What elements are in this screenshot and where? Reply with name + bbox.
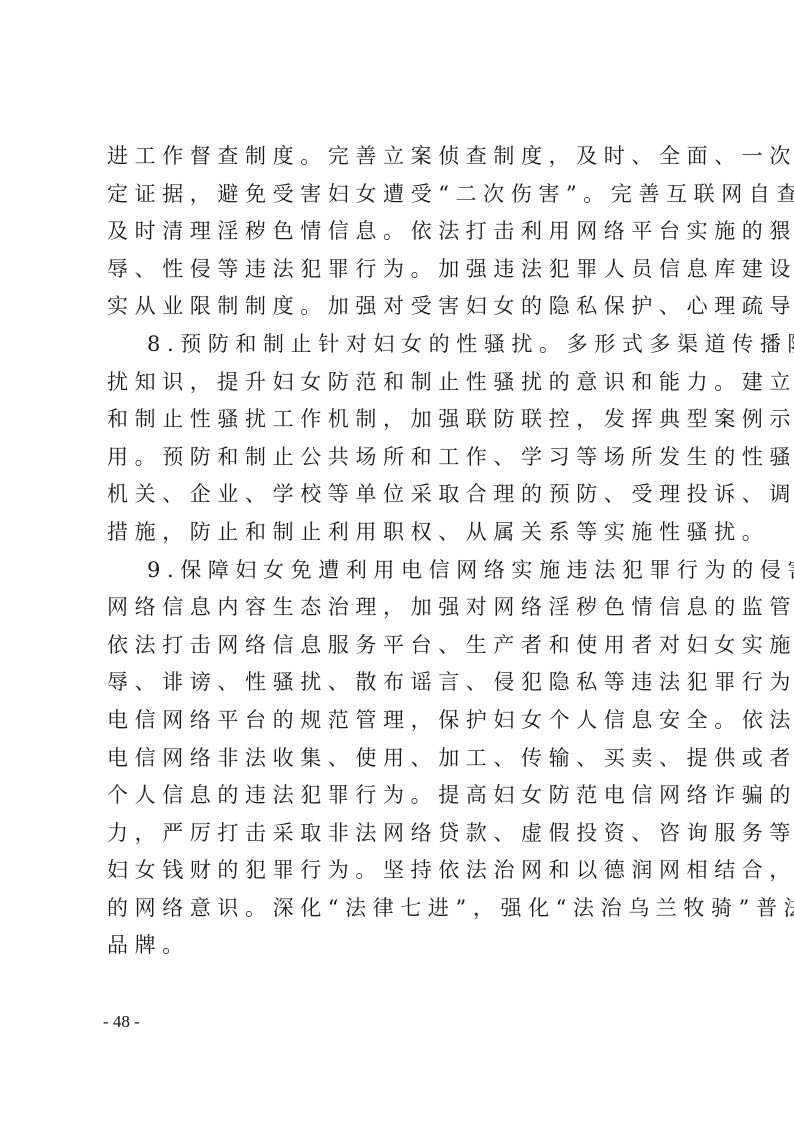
text-line: 扰知识，提升妇女防范和制止性骚扰的意识和能力。建立健全预防	[107, 364, 697, 402]
text-line: 进工作督查制度。完善立案侦查制度，及时、全面、一次性收集固	[107, 138, 697, 176]
text-line: 实从业限制制度。加强对受害妇女的隐私保护、心理疏导和干预。	[107, 288, 697, 326]
text-line: 电信网络平台的规范管理，保护妇女个人信息安全。依法惩治利用	[107, 702, 697, 740]
paragraph-9-heading-line: 9.保障妇女免遭利用电信网络实施违法犯罪行为的侵害。加强	[107, 552, 697, 590]
document-page: 进工作督查制度。完善立案侦查制度，及时、全面、一次性收集固 定证据，避免受害妇女…	[0, 0, 794, 1122]
text-line: 品牌。	[107, 927, 697, 965]
text-line: 的网络意识。深化“法律七进”，强化“法治乌兰牧骑”普法金色	[107, 890, 697, 928]
text-line: 依法打击网络信息服务平台、生产者和使用者对妇女实施猥亵、侮	[107, 627, 697, 665]
text-line: 妇女钱财的犯罪行为。坚持依法治网和以德润网相结合，培养良好	[107, 852, 697, 890]
text-line: 网络信息内容生态治理，加强对网络淫秽色情信息的监管和查处，	[107, 589, 697, 627]
text-line: 及时清理淫秽色情信息。依法打击利用网络平台实施的猥亵、侮	[107, 213, 697, 251]
text-line: 辱、性侵等违法犯罪行为。加强违法犯罪人员信息库建设，推动落	[107, 251, 697, 289]
text-line: 和制止性骚扰工作机制，加强联防联控，发挥典型案例示范指引作	[107, 401, 697, 439]
text-line: 电信网络非法收集、使用、加工、传输、买卖、提供或者公开妇女	[107, 740, 697, 778]
text-line: 个人信息的违法犯罪行为。提高妇女防范电信网络诈骗的意识和能	[107, 777, 697, 815]
text-line: 辱、诽谤、性骚扰、散布谣言、侵犯隐私等违法犯罪行为。加强对	[107, 664, 697, 702]
text-line: 机关、企业、学校等单位采取合理的预防、受理投诉、调查处置等	[107, 476, 697, 514]
paragraph-8-heading-line: 8.预防和制止针对妇女的性骚扰。多形式多渠道传播防治性骚	[107, 326, 697, 364]
text-line: 用。预防和制止公共场所和工作、学习等场所发生的性骚扰。推动	[107, 439, 697, 477]
page-number: - 48 -	[103, 1012, 140, 1032]
body-text: 进工作督查制度。完善立案侦查制度，及时、全面、一次性收集固 定证据，避免受害妇女…	[107, 138, 697, 965]
text-line: 措施，防止和制止利用职权、从属关系等实施性骚扰。	[107, 514, 697, 552]
text-line: 力，严厉打击采取非法网络贷款、虚假投资、咨询服务等手段骗取	[107, 815, 697, 853]
text-line: 定证据，避免受害妇女遭受“二次伤害”。完善互联网自查功能，	[107, 176, 697, 214]
